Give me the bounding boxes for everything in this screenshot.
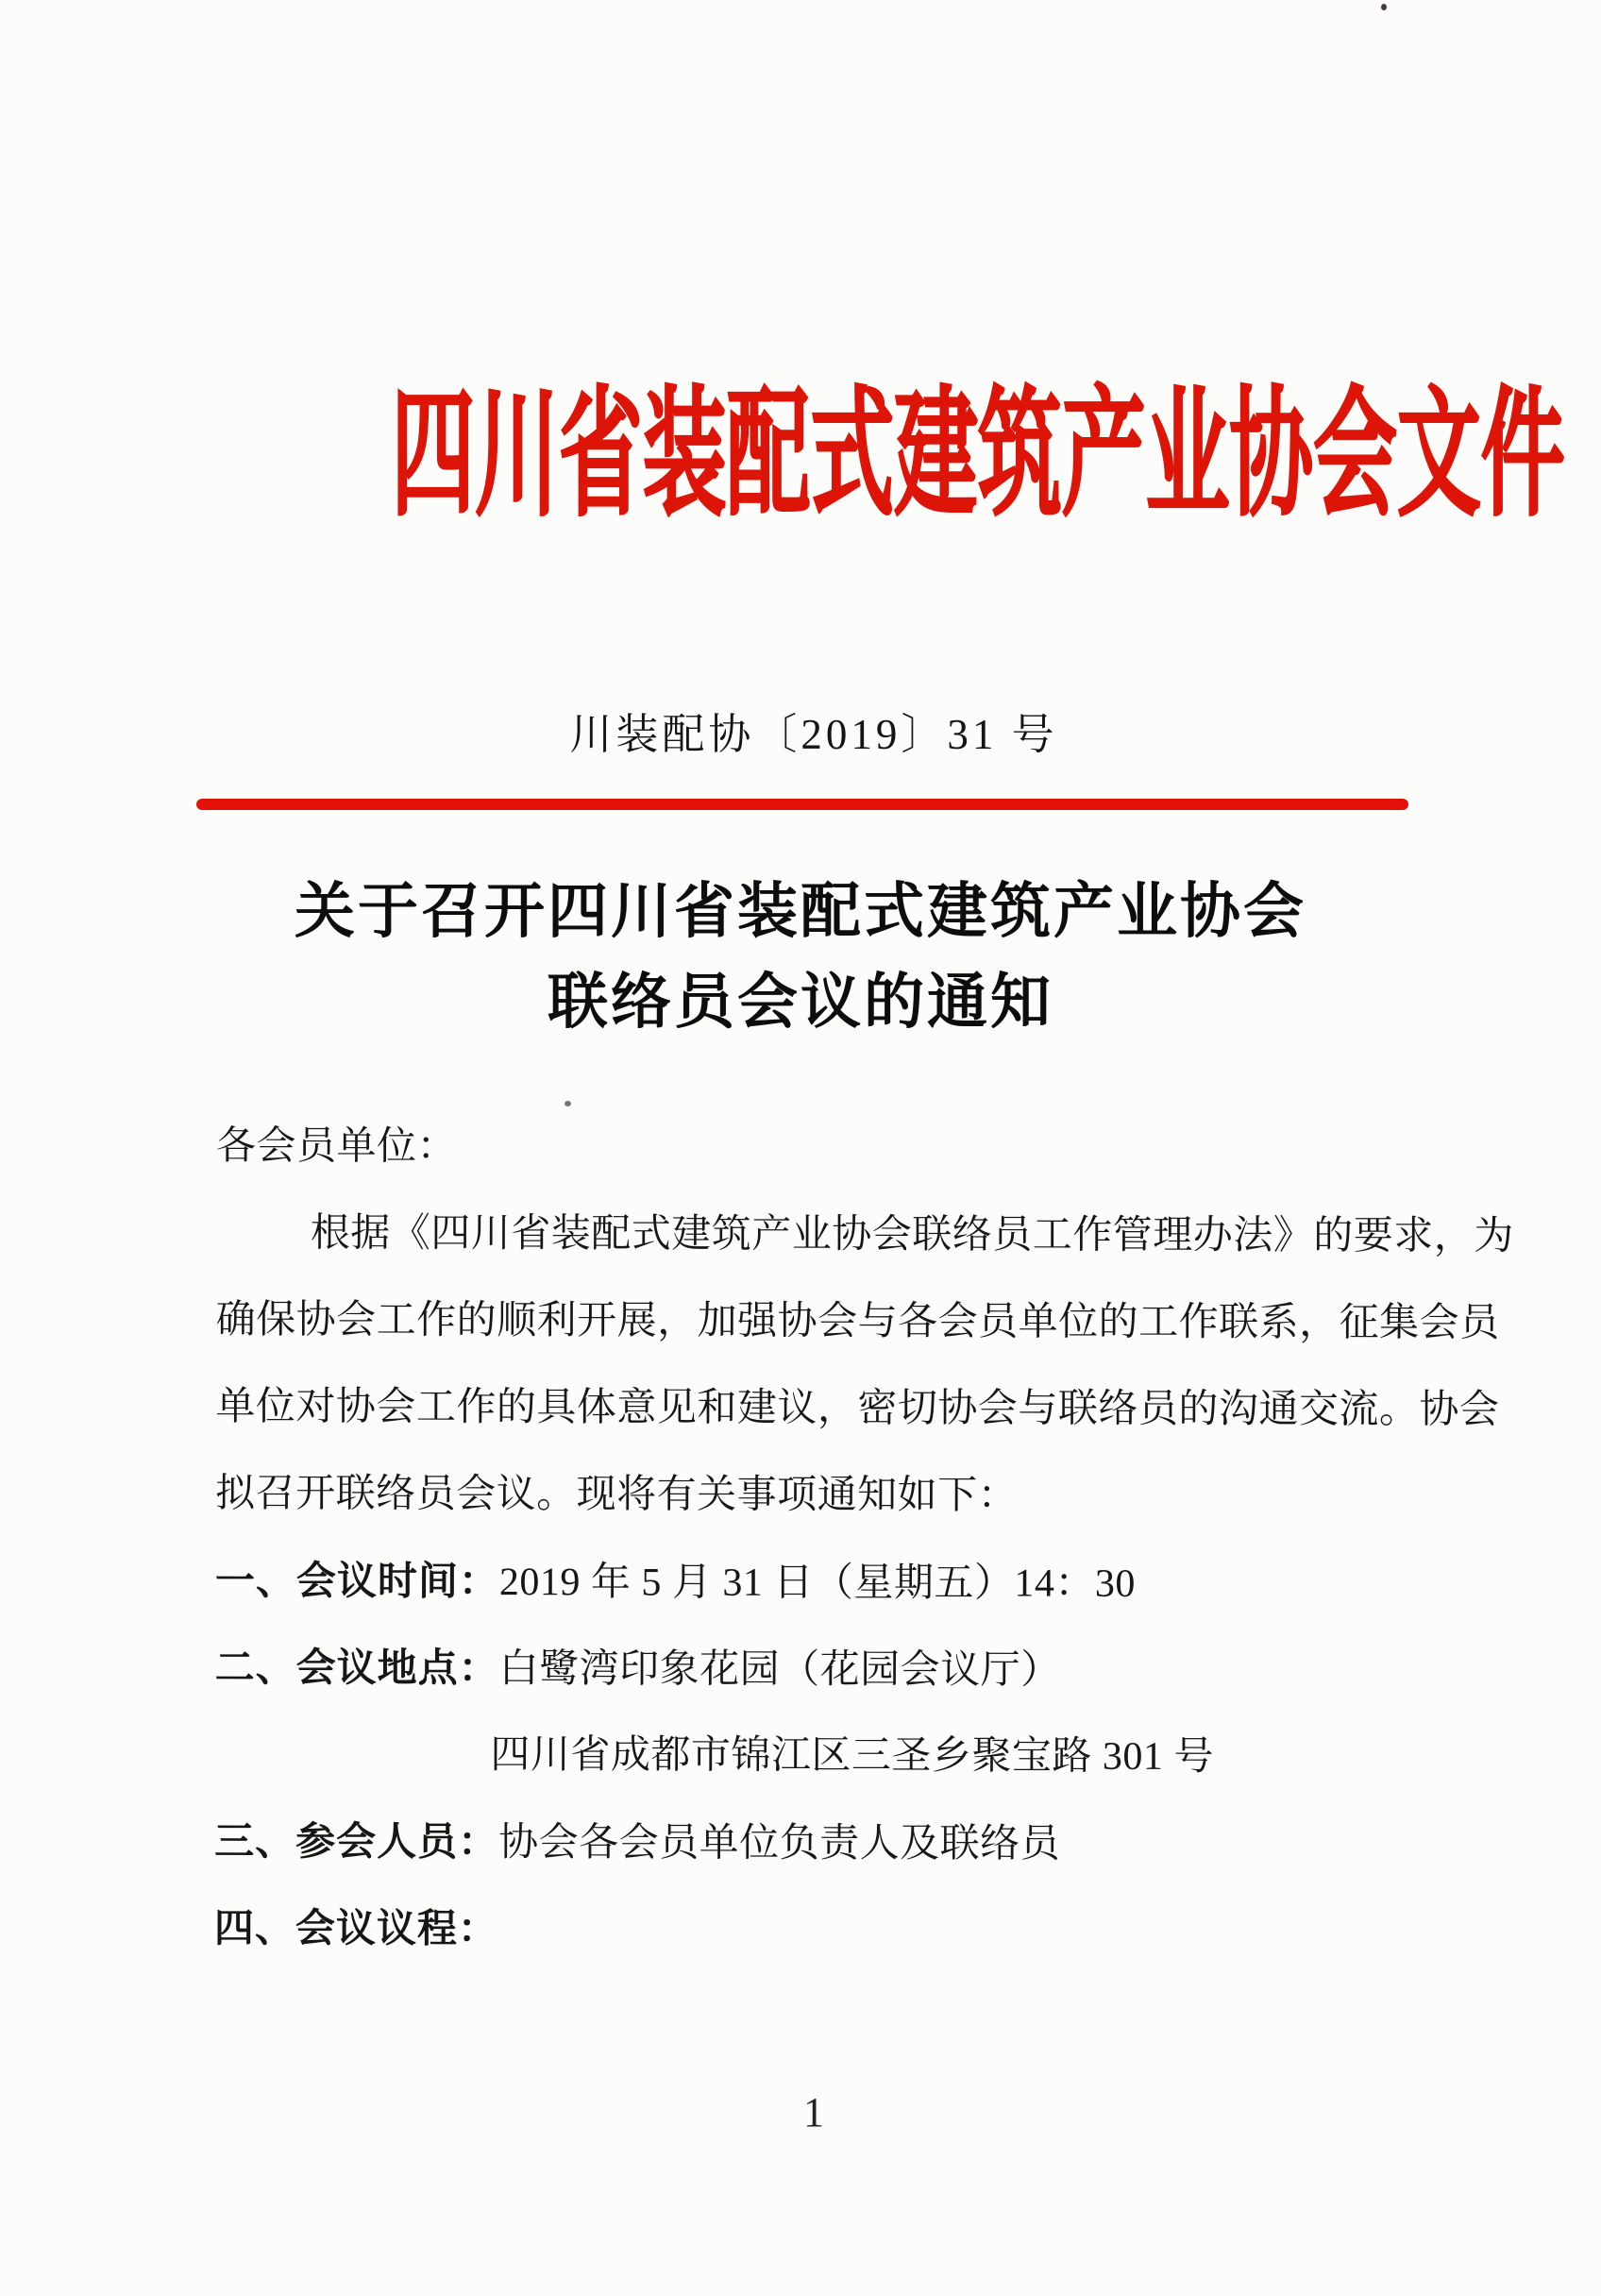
document-number: 川装配协〔2019〕31 号 (13, 710, 1601, 759)
scanned-document-page: 四川省装配式建筑产业协会文件 川装配协〔2019〕31 号 关于召开四川省装配式… (0, 0, 1601, 2296)
notice-title-line2: 联络员会议的通知 (0, 957, 1601, 1048)
notice-title-line1: 关于召开四川省装配式建筑产业协会 (0, 867, 1601, 957)
meeting-item-place-label: 二、会议地点： (215, 1645, 499, 1690)
salutation: 各会员单位： (216, 1103, 1424, 1192)
meeting-item-agenda-label: 四、会议议程： (214, 1905, 498, 1950)
meeting-item-place-value: 白鹭湾印象花园（花园会议厅） (499, 1647, 1061, 1693)
meeting-item-time-value: 2019 年 5 月 31 日（星期五）14：30 (499, 1561, 1136, 1606)
document-body: 各会员单位： 根据《四川省装配式建筑产业协会联络员工作管理办法》的要求，为 确保… (214, 1103, 1424, 1974)
scan-speck (1381, 4, 1387, 10)
meeting-item-time: 一、会议时间：2019 年 5 月 31 日（星期五）14：30 (215, 1537, 1424, 1627)
org-red-header-title: 四川省装配式建筑产业协会文件 (0, 385, 1601, 527)
red-divider-rule (196, 799, 1408, 810)
meeting-item-agenda: 四、会议议程： (214, 1884, 1423, 1974)
meeting-item-attendees-label: 三、参会人员： (214, 1818, 498, 1864)
meeting-item-place-address: 四川省成都市锦江区三圣乡聚宝路 301 号 (214, 1711, 1423, 1800)
paragraph-line: 根据《四川省装配式建筑产业协会联络员工作管理办法》的要求，为 (216, 1190, 1424, 1279)
paragraph-line: 单位对协会工作的具体意见和建议，密切协会与联络员的沟通交流。协会 (215, 1363, 1424, 1453)
notice-title: 关于召开四川省装配式建筑产业协会 联络员会议的通知 (0, 867, 1601, 1048)
meeting-item-place: 二、会议地点：白鹭湾印象花园（花园会议厅） (215, 1624, 1424, 1714)
meeting-item-attendees: 三、参会人员：协会各会员单位负责人及联络员 (214, 1798, 1423, 1887)
page-number: 1 (13, 2088, 1601, 2137)
paragraph-line: 确保协会工作的顺利开展，加强协会与各会员单位的工作联系，征集会员 (215, 1276, 1424, 1366)
paragraph-line: 拟召开联络员会议。现将有关事项通知如下： (215, 1450, 1424, 1540)
org-red-header-text: 四川省装配式建筑产业协会文件 (391, 385, 1564, 527)
meeting-item-attendees-value: 协会各会员单位负责人及联络员 (498, 1821, 1060, 1866)
meeting-item-time-label: 一、会议时间： (215, 1558, 499, 1603)
